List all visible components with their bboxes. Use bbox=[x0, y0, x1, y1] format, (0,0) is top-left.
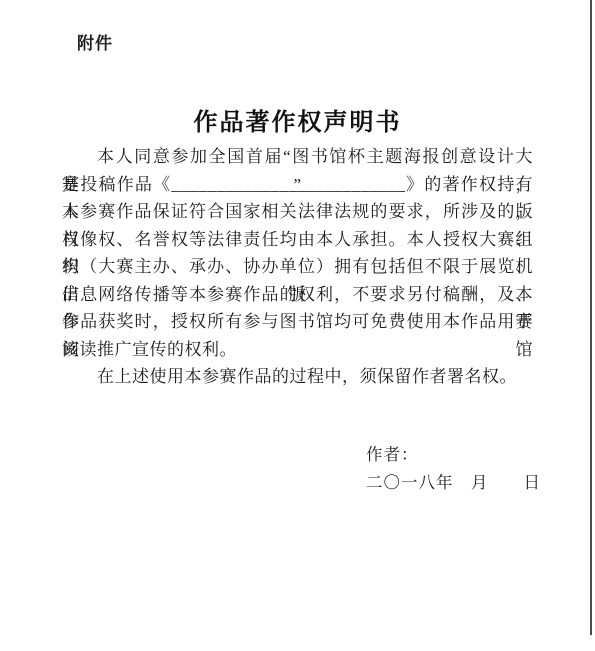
body-line: 信息网络传播等本参赛作品的权利，不要求另付稿酬，及本参赛 bbox=[62, 281, 533, 309]
declaration-document-page: 附件 作品著作权声明书 本人同意参加全国首届“图书馆杯主题海报创意设计大赛”， … bbox=[0, 0, 595, 651]
signature-author-label: 作者： bbox=[366, 441, 541, 469]
document-body: 本人同意参加全国首届“图书馆杯主题海报创意设计大赛”， 是投稿作品《______… bbox=[62, 143, 533, 391]
body-line: 在上述使用本参赛作品的过程中，须保留作者署名权。 bbox=[62, 363, 533, 391]
page-edge-line bbox=[590, 0, 592, 635]
body-line: 本人同意参加全国首届“图书馆杯主题海报创意设计大赛”， bbox=[62, 143, 533, 171]
signature-date: 二〇一八年 月 日 bbox=[366, 469, 541, 497]
attachment-label: 附件 bbox=[77, 29, 113, 54]
document-title: 作品著作权声明书 bbox=[62, 102, 533, 137]
body-line: 构（大赛主办、承办、协办单位）拥有包括但不限于展览、出版、 bbox=[62, 253, 533, 281]
body-line: 肖像权、名誉权等法律责任均由本人承担。本人授权大赛组织机 bbox=[62, 226, 533, 254]
body-line: 作品获奖时，授权所有参与图书馆均可免费使用本作品用于该馆 bbox=[62, 308, 533, 336]
body-line-with-blank-field: 是投稿作品《__________________________》的著作权持有人… bbox=[62, 171, 533, 199]
body-line: 本参赛作品保证符合国家相关法律法规的要求，所涉及的版权、 bbox=[62, 198, 533, 226]
signature-block: 作者： 二〇一八年 月 日 bbox=[366, 441, 541, 496]
